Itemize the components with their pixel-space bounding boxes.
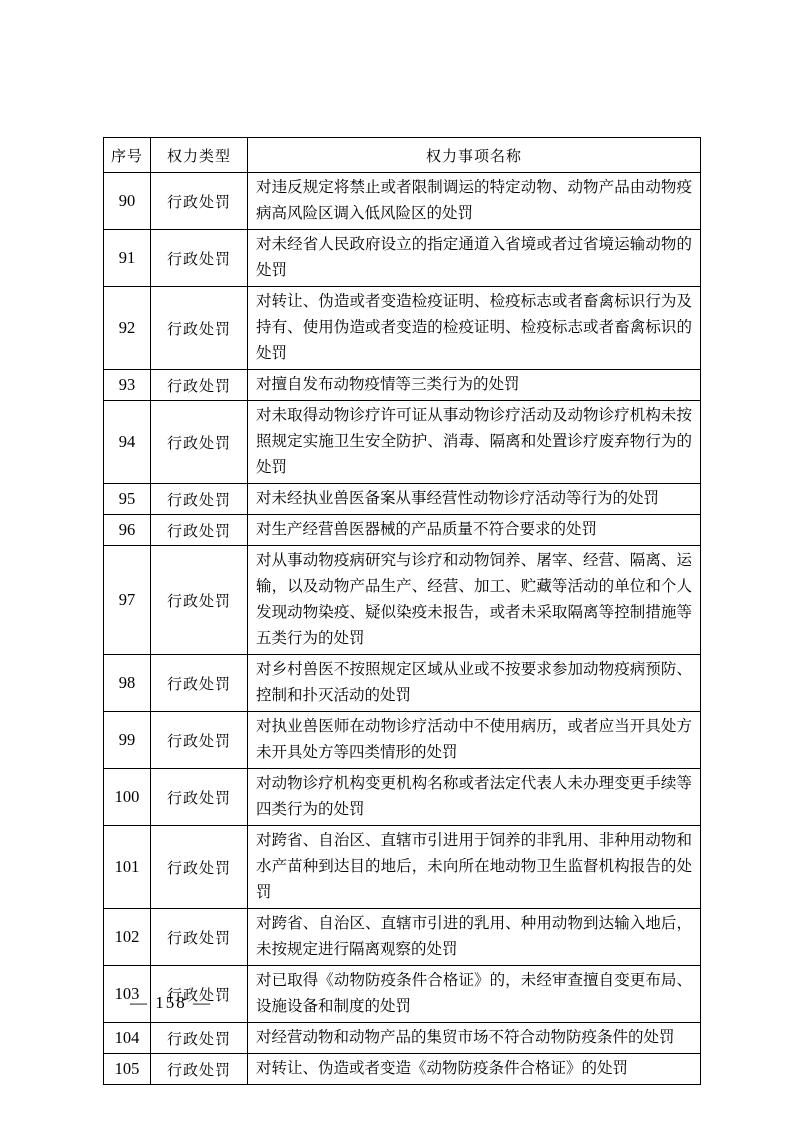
power-type-cell: 行政处罚 — [151, 655, 248, 712]
power-type-cell: 行政处罚 — [151, 909, 248, 966]
serial-number-cell: 105 — [104, 1054, 151, 1085]
power-item-name-cell: 对从事动物疫病研究与诊疗和动物饲养、屠宰、经营、隔离、运输，以及动物产品生产、经… — [248, 546, 701, 655]
power-items-table: 序号 权力类型 权力事项名称 90行政处罚对违反规定将禁止或者限制调运的特定动物… — [103, 137, 701, 1085]
power-item-name-cell: 对擅自发布动物疫情等三类行为的处罚 — [248, 370, 701, 401]
table-row: 101行政处罚对跨省、自治区、直辖市引进用于饲养的非乳用、非种用动物和水产苗种到… — [104, 826, 701, 909]
header-power-item-name: 权力事项名称 — [248, 138, 701, 173]
power-type-cell: 行政处罚 — [151, 1054, 248, 1085]
power-item-name-cell: 对生产经营兽医器械的产品质量不符合要求的处罚 — [248, 515, 701, 546]
power-item-name-cell: 对转让、伪造或者变造检疫证明、检疫标志或者畜禽标识行为及持有、使用伪造或者变造的… — [248, 287, 701, 370]
power-item-name-cell: 对违反规定将禁止或者限制调运的特定动物、动物产品由动物疫病高风险区调入低风险区的… — [248, 173, 701, 230]
power-item-name-cell: 对跨省、自治区、直辖市引进的乳用、种用动物到达输入地后，未按规定进行隔离观察的处… — [248, 909, 701, 966]
serial-number-cell: 95 — [104, 484, 151, 515]
table-row: 90行政处罚对违反规定将禁止或者限制调运的特定动物、动物产品由动物疫病高风险区调… — [104, 173, 701, 230]
serial-number-cell: 91 — [104, 230, 151, 287]
serial-number-cell: 93 — [104, 370, 151, 401]
power-type-cell: 行政处罚 — [151, 230, 248, 287]
table-row: 92行政处罚对转让、伪造或者变造检疫证明、检疫标志或者畜禽标识行为及持有、使用伪… — [104, 287, 701, 370]
page-number: — 158 — — [130, 993, 212, 1013]
power-type-cell: 行政处罚 — [151, 1023, 248, 1054]
power-type-cell: 行政处罚 — [151, 173, 248, 230]
table-row: 104行政处罚对经营动物和动物产品的集贸市场不符合动物防疫条件的处罚 — [104, 1023, 701, 1054]
serial-number-cell: 92 — [104, 287, 151, 370]
document-page: { "table": { "headers": ["序号", "权力类型", "… — [0, 0, 793, 1122]
power-type-cell: 行政处罚 — [151, 484, 248, 515]
power-item-name-cell: 对转让、伪造或者变造《动物防疫条件合格证》的处罚 — [248, 1054, 701, 1085]
power-type-cell: 行政处罚 — [151, 287, 248, 370]
power-item-name-cell: 对经营动物和动物产品的集贸市场不符合动物防疫条件的处罚 — [248, 1023, 701, 1054]
serial-number-cell: 100 — [104, 769, 151, 826]
power-item-name-cell: 对未经省人民政府设立的指定通道入省境或者过省境运输动物的处罚 — [248, 230, 701, 287]
power-item-name-cell: 对未取得动物诊疗许可证从事动物诊疗活动及动物诊疗机构未按照规定实施卫生安全防护、… — [248, 401, 701, 484]
table-row: 102行政处罚对跨省、自治区、直辖市引进的乳用、种用动物到达输入地后，未按规定进… — [104, 909, 701, 966]
table-row: 100行政处罚对动物诊疗机构变更机构名称或者法定代表人未办理变更手续等四类行为的… — [104, 769, 701, 826]
serial-number-cell: 98 — [104, 655, 151, 712]
power-type-cell: 行政处罚 — [151, 712, 248, 769]
serial-number-cell: 96 — [104, 515, 151, 546]
table-row: 95行政处罚对未经执业兽医备案从事经营性动物诊疗活动等行为的处罚 — [104, 484, 701, 515]
table-row: 91行政处罚对未经省人民政府设立的指定通道入省境或者过省境运输动物的处罚 — [104, 230, 701, 287]
power-type-cell: 行政处罚 — [151, 546, 248, 655]
power-type-cell: 行政处罚 — [151, 401, 248, 484]
power-type-cell: 行政处罚 — [151, 370, 248, 401]
power-item-name-cell: 对动物诊疗机构变更机构名称或者法定代表人未办理变更手续等四类行为的处罚 — [248, 769, 701, 826]
power-item-name-cell: 对执业兽医师在动物诊疗活动中不使用病历，或者应当开具处方未开具处方等四类情形的处… — [248, 712, 701, 769]
table-row: 93行政处罚对擅自发布动物疫情等三类行为的处罚 — [104, 370, 701, 401]
power-item-name-cell: 对已取得《动物防疫条件合格证》的，未经审查擅自变更布局、设施设备和制度的处罚 — [248, 966, 701, 1023]
serial-number-cell: 94 — [104, 401, 151, 484]
table-row: 97行政处罚对从事动物疫病研究与诊疗和动物饲养、屠宰、经营、隔离、运输，以及动物… — [104, 546, 701, 655]
table-row: 96行政处罚对生产经营兽医器械的产品质量不符合要求的处罚 — [104, 515, 701, 546]
serial-number-cell: 97 — [104, 546, 151, 655]
serial-number-cell: 104 — [104, 1023, 151, 1054]
power-item-name-cell: 对跨省、自治区、直辖市引进用于饲养的非乳用、非种用动物和水产苗种到达目的地后，未… — [248, 826, 701, 909]
power-type-cell: 行政处罚 — [151, 769, 248, 826]
power-item-name-cell: 对未经执业兽医备案从事经营性动物诊疗活动等行为的处罚 — [248, 484, 701, 515]
power-type-cell: 行政处罚 — [151, 515, 248, 546]
table-row: 98行政处罚对乡村兽医不按照规定区域从业或不按要求参加动物疫病预防、控制和扑灭活… — [104, 655, 701, 712]
table-header-row: 序号 权力类型 权力事项名称 — [104, 138, 701, 173]
power-item-name-cell: 对乡村兽医不按照规定区域从业或不按要求参加动物疫病预防、控制和扑灭活动的处罚 — [248, 655, 701, 712]
serial-number-cell: 102 — [104, 909, 151, 966]
table-row: 94行政处罚对未取得动物诊疗许可证从事动物诊疗活动及动物诊疗机构未按照规定实施卫… — [104, 401, 701, 484]
serial-number-cell: 101 — [104, 826, 151, 909]
header-serial-number: 序号 — [104, 138, 151, 173]
table-row: 105行政处罚对转让、伪造或者变造《动物防疫条件合格证》的处罚 — [104, 1054, 701, 1085]
header-power-type: 权力类型 — [151, 138, 248, 173]
power-type-cell: 行政处罚 — [151, 826, 248, 909]
table-row: 99行政处罚对执业兽医师在动物诊疗活动中不使用病历，或者应当开具处方未开具处方等… — [104, 712, 701, 769]
serial-number-cell: 99 — [104, 712, 151, 769]
serial-number-cell: 90 — [104, 173, 151, 230]
